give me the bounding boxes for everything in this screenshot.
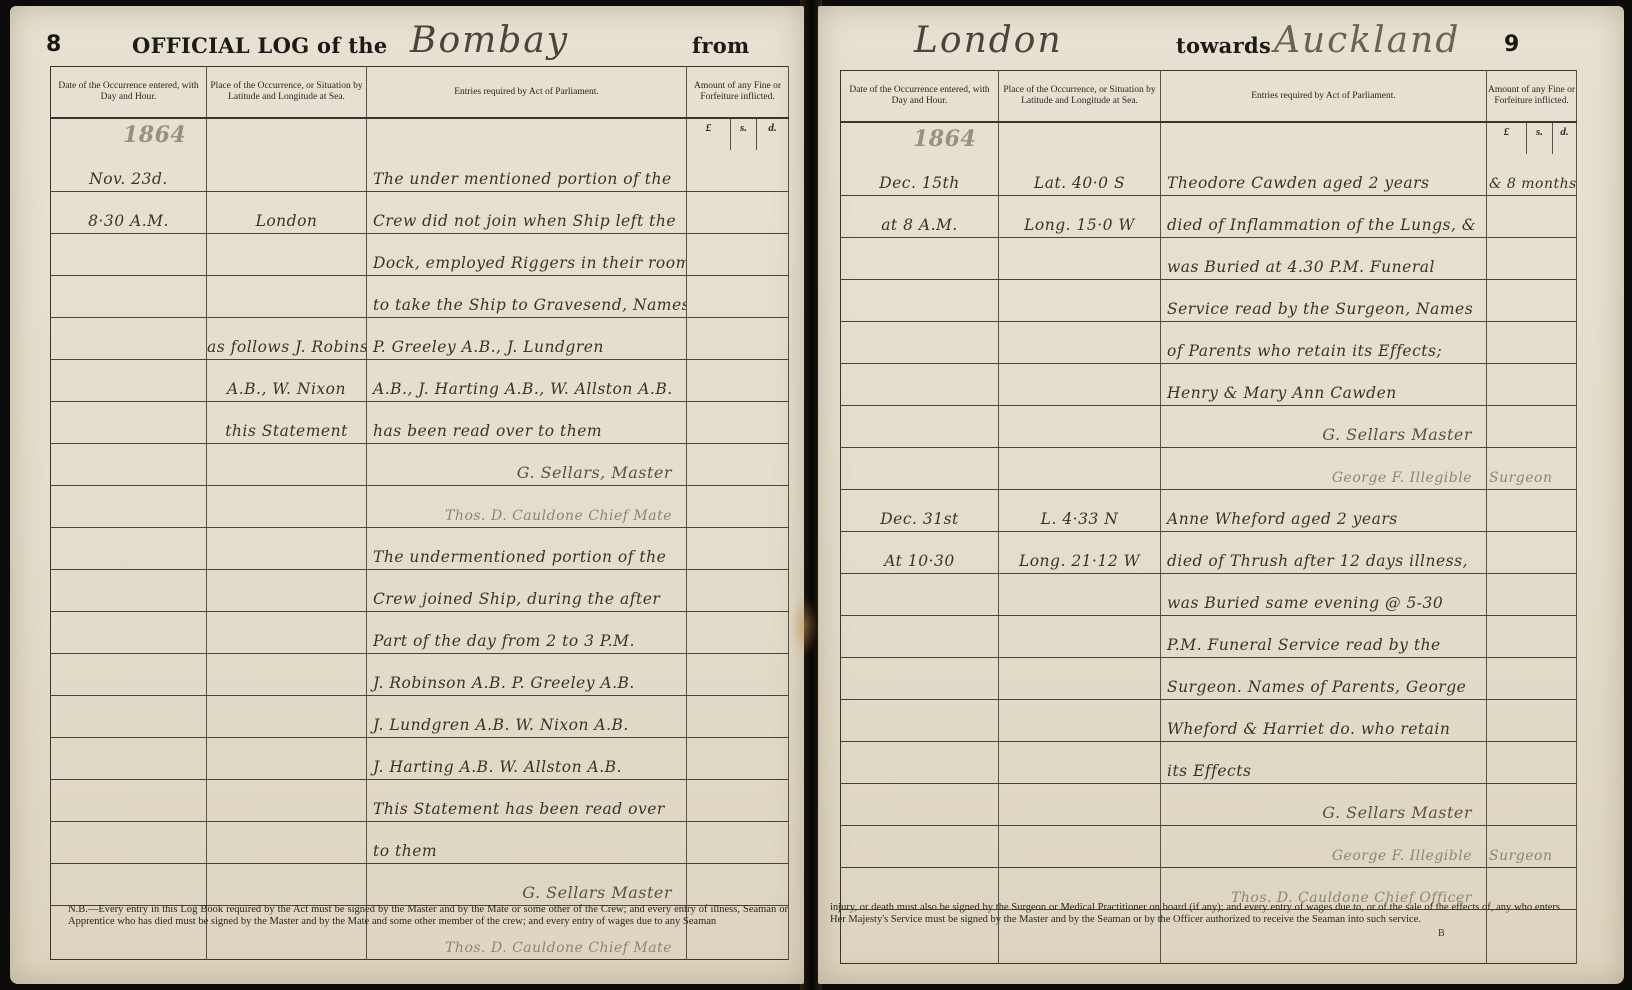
cell-entry: has been read over to them bbox=[367, 422, 686, 440]
shillings-label: s. bbox=[731, 118, 757, 150]
cell-entry: George F. Illegible bbox=[1161, 848, 1486, 864]
log-row: Service read by the Surgeon, Names bbox=[841, 280, 1577, 322]
log-row: This Statement has been read over bbox=[51, 780, 789, 822]
log-row: its Effects bbox=[841, 742, 1577, 784]
cell-place: London bbox=[207, 212, 366, 230]
cell-entry: Part of the day from 2 to 3 P.M. bbox=[367, 632, 686, 650]
cell-entry: to take the Ship to Gravesend, Names bbox=[367, 296, 686, 314]
log-row: to them bbox=[51, 822, 789, 864]
column-header-entries: Entries required by Act of Parliament. bbox=[367, 67, 687, 119]
cell-entry: was Buried same evening @ 5-30 bbox=[1161, 594, 1486, 612]
column-header-date: Date of the Occurrence entered, with Day… bbox=[841, 71, 999, 123]
log-table-right: Date of the Occurrence entered, with Day… bbox=[840, 70, 1577, 964]
cell-entry: The undermentioned portion of the bbox=[367, 548, 686, 566]
cell-entry: G. Sellars Master bbox=[1161, 425, 1486, 444]
cell-entry: J. Robinson A.B. P. Greeley A.B. bbox=[367, 674, 686, 692]
log-row: J. Harting A.B. W. Allston A.B. bbox=[51, 738, 789, 780]
cell-place: as follows J. Robinson A.B. bbox=[207, 338, 366, 356]
cell-entry: Service read by the Surgeon, Names bbox=[1161, 300, 1486, 318]
cell-entry: Thos. D. Cauldone Chief Mate bbox=[367, 508, 686, 524]
log-row: George F. IllegibleSurgeon bbox=[841, 448, 1577, 490]
footnote-right: injury, or death must also be signed by … bbox=[830, 902, 1560, 926]
cell-date: 8·30 A.M. bbox=[51, 212, 206, 230]
cell-entry: Crew joined Ship, during the after bbox=[367, 590, 686, 608]
log-row: Dock, employed Riggers in their room bbox=[51, 234, 789, 276]
cell-entry: George F. Illegible bbox=[1161, 470, 1486, 486]
cell-place: Long. 21·12 W bbox=[999, 552, 1160, 570]
log-row: this Statementhas been read over to them bbox=[51, 402, 789, 444]
pence-label: d. bbox=[1553, 122, 1577, 154]
signature-mark: B bbox=[1438, 928, 1445, 939]
cell-entry: G. Sellars, Master bbox=[367, 463, 686, 482]
cell-entry: J. Harting A.B. W. Allston A.B. bbox=[367, 758, 686, 776]
log-row: to take the Ship to Gravesend, Names bbox=[51, 276, 789, 318]
log-row: J. Lundgren A.B. W. Nixon A.B. bbox=[51, 696, 789, 738]
log-table-left: Date of the Occurrence entered, with Day… bbox=[50, 66, 789, 960]
log-row: G. Sellars Master bbox=[841, 784, 1577, 826]
column-header-place: Place of the Occurrence, or Situation by… bbox=[999, 71, 1161, 123]
log-row: Surgeon. Names of Parents, George bbox=[841, 658, 1577, 700]
log-row: Thos. D. Cauldone Chief Mate bbox=[51, 486, 789, 528]
cell-entry: This Statement has been read over bbox=[367, 800, 686, 818]
log-row: At 10·30Long. 21·12 Wdied of Thrush afte… bbox=[841, 532, 1577, 574]
cell-entry: Thos. D. Cauldone Chief Mate bbox=[367, 940, 686, 956]
cell-date: at 8 A.M. bbox=[841, 216, 998, 234]
year-label: 1864 bbox=[841, 126, 998, 152]
cell-entry: Henry & Mary Ann Cawden bbox=[1161, 384, 1486, 402]
log-row: The undermentioned portion of the bbox=[51, 528, 789, 570]
pence-label: d. bbox=[757, 118, 789, 150]
cell-entry: J. Lundgren A.B. W. Nixon A.B. bbox=[367, 716, 686, 734]
cell-entry: to them bbox=[367, 842, 686, 860]
cell-entry: Anne Wheford aged 2 years bbox=[1161, 510, 1486, 528]
cell-amount: & 8 months bbox=[1487, 176, 1576, 192]
year-label: 1864 bbox=[51, 122, 206, 148]
log-row: was Buried at 4.30 P.M. Funeral bbox=[841, 238, 1577, 280]
log-row: A.B., W. NixonA.B., J. Harting A.B., W. … bbox=[51, 360, 789, 402]
cell-entry: Dock, employed Riggers in their room bbox=[367, 254, 686, 272]
log-row: Dec. 31stL. 4·33 NAnne Wheford aged 2 ye… bbox=[841, 490, 1577, 532]
cell-date: Nov. 23d. bbox=[51, 170, 206, 188]
log-row: as follows J. Robinson A.B.P. Greeley A.… bbox=[51, 318, 789, 360]
cell-entry: P. Greeley A.B., J. Lundgren bbox=[367, 338, 686, 356]
cell-amount: Surgeon bbox=[1487, 848, 1576, 864]
column-header-amount: Amount of any Fine or Forfeiture inflict… bbox=[687, 67, 789, 119]
cell-entry: died of Inflammation of the Lungs, & bbox=[1161, 216, 1486, 234]
page-number: 9 bbox=[1504, 32, 1519, 57]
column-header-date: Date of the Occurrence entered, with Day… bbox=[51, 67, 207, 119]
cell-place: L. 4·33 N bbox=[999, 510, 1160, 528]
column-header-entries: Entries required by Act of Parliament. bbox=[1161, 71, 1487, 123]
cell-entry: its Effects bbox=[1161, 762, 1486, 780]
cell-entry: Surgeon. Names of Parents, George bbox=[1161, 678, 1486, 696]
cell-entry: G. Sellars Master bbox=[367, 883, 686, 902]
log-row: George F. IllegibleSurgeon bbox=[841, 826, 1577, 868]
cell-entry: died of Thrush after 12 days illness, bbox=[1161, 552, 1486, 570]
page-number: 8 bbox=[46, 32, 61, 57]
cell-entry: P.M. Funeral Service read by the bbox=[1161, 636, 1486, 654]
footnote-left: N.B.—Every entry in this Log Book requir… bbox=[68, 904, 788, 928]
cell-entry: of Parents who retain its Effects; bbox=[1161, 342, 1486, 360]
log-row: G. Sellars Master bbox=[51, 864, 789, 906]
log-row: Dec. 15thLat. 40·0 STheodore Cawden aged… bbox=[841, 154, 1577, 196]
column-header-amount: Amount of any Fine or Forfeiture inflict… bbox=[1487, 71, 1577, 123]
cell-entry: G. Sellars Master bbox=[1161, 803, 1486, 822]
towards-label: towards bbox=[1176, 33, 1271, 58]
pounds-label: £ bbox=[1487, 122, 1527, 154]
log-row: P.M. Funeral Service read by the bbox=[841, 616, 1577, 658]
destination-port: Auckland bbox=[1274, 20, 1460, 61]
log-row: Part of the day from 2 to 3 P.M. bbox=[51, 612, 789, 654]
cell-place: this Statement bbox=[207, 422, 366, 440]
log-row: Wheford & Harriet do. who retain bbox=[841, 700, 1577, 742]
ship-name: Bombay bbox=[410, 20, 569, 61]
log-row: G. Sellars, Master bbox=[51, 444, 789, 486]
cell-entry: Crew did not join when Ship left the bbox=[367, 212, 686, 230]
log-page-left: 8 OFFICIAL LOG of the Bombay from Date o… bbox=[10, 6, 804, 984]
log-row: J. Robinson A.B. P. Greeley A.B. bbox=[51, 654, 789, 696]
log-row: 8·30 A.M.LondonCrew did not join when Sh… bbox=[51, 192, 789, 234]
cell-entry: was Buried at 4.30 P.M. Funeral bbox=[1161, 258, 1486, 276]
log-row: at 8 A.M.Long. 15·0 Wdied of Inflammatio… bbox=[841, 196, 1577, 238]
log-page-right: London towards Auckland 9 Date of the Oc… bbox=[818, 6, 1624, 984]
from-label: from bbox=[692, 33, 750, 58]
pounds-label: £ bbox=[687, 118, 731, 150]
water-stain bbox=[790, 596, 818, 656]
log-row: G. Sellars Master bbox=[841, 406, 1577, 448]
departure-port: London bbox=[914, 20, 1063, 61]
cell-place: A.B., W. Nixon bbox=[207, 380, 366, 398]
log-row: Crew joined Ship, during the after bbox=[51, 570, 789, 612]
log-row: Nov. 23d.The under mentioned portion of … bbox=[51, 150, 789, 192]
log-row: was Buried same evening @ 5-30 bbox=[841, 574, 1577, 616]
log-row: of Parents who retain its Effects; bbox=[841, 322, 1577, 364]
log-title: OFFICIAL LOG of the bbox=[132, 33, 388, 58]
cell-entry: Wheford & Harriet do. who retain bbox=[1161, 720, 1486, 738]
cell-entry: Theodore Cawden aged 2 years bbox=[1161, 174, 1486, 192]
cell-date: Dec. 31st bbox=[841, 510, 998, 528]
cell-entry: A.B., J. Harting A.B., W. Allston A.B. bbox=[367, 380, 686, 398]
cell-date: Dec. 15th bbox=[841, 174, 998, 192]
cell-place: Long. 15·0 W bbox=[999, 216, 1160, 234]
log-row: Henry & Mary Ann Cawden bbox=[841, 364, 1577, 406]
cell-place: Lat. 40·0 S bbox=[999, 174, 1160, 192]
shillings-label: s. bbox=[1527, 122, 1553, 154]
cell-amount: Surgeon bbox=[1487, 470, 1576, 486]
cell-date: At 10·30 bbox=[841, 552, 998, 570]
cell-entry: The under mentioned portion of the bbox=[367, 170, 686, 188]
column-header-place: Place of the Occurrence, or Situation by… bbox=[207, 67, 367, 119]
